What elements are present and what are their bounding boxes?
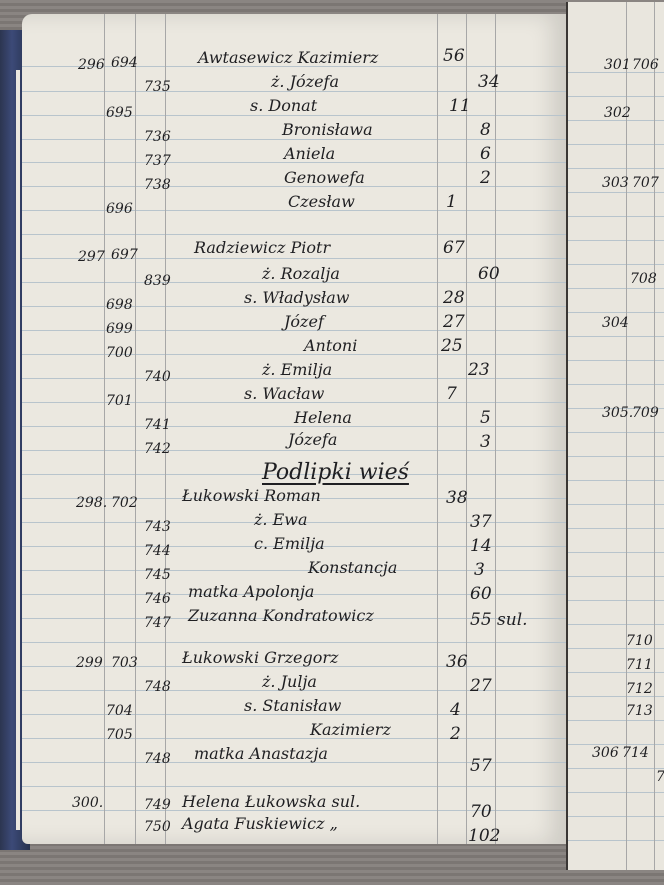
person-number: 743 bbox=[144, 520, 171, 534]
age-female: 14 bbox=[470, 538, 492, 555]
person-number: 744 bbox=[144, 544, 171, 558]
ruled-line bbox=[568, 168, 664, 169]
person-name: s. Wacław bbox=[244, 386, 324, 402]
ruled-line bbox=[568, 336, 664, 337]
person-number: 736 bbox=[144, 130, 171, 144]
house-number: 696 bbox=[106, 202, 133, 216]
age-male: 4 bbox=[450, 702, 461, 719]
house-number: 701 bbox=[106, 394, 133, 408]
person-name: ż. Józefa bbox=[271, 74, 339, 90]
ruled-line bbox=[568, 288, 664, 289]
column-divider bbox=[104, 14, 105, 844]
age-male: 1 bbox=[446, 194, 457, 211]
age-male: 67 bbox=[443, 240, 465, 257]
house-number: 74 bbox=[656, 770, 664, 784]
ruled-line bbox=[568, 624, 664, 625]
person-number: 738 bbox=[144, 178, 171, 192]
person-name: Józef bbox=[284, 314, 324, 330]
house-number: 698 bbox=[106, 298, 133, 312]
person-name: Genowefa bbox=[284, 170, 365, 186]
ruled-line bbox=[568, 816, 664, 817]
age-male: 27 bbox=[443, 314, 465, 331]
house-number: 711 bbox=[626, 658, 653, 672]
household-number: 306 bbox=[592, 746, 619, 760]
age-female: 5 bbox=[480, 410, 491, 427]
household-number: 302 bbox=[604, 106, 631, 120]
person-number: 750 bbox=[144, 820, 171, 834]
household-number: 299 bbox=[76, 656, 103, 670]
person-name: s. Donat bbox=[250, 98, 317, 114]
person-number: 741 bbox=[144, 418, 171, 432]
ruled-line bbox=[568, 840, 664, 841]
house-number: 700 bbox=[106, 346, 133, 360]
household-number: 297 bbox=[78, 250, 105, 264]
right-page: 301 706 302 303 707 708 304 305. 709 710… bbox=[566, 2, 664, 870]
ruled-line bbox=[568, 792, 664, 793]
person-name: Kazimierz bbox=[310, 722, 391, 738]
ruled-line bbox=[568, 600, 664, 601]
person-name: Aniela bbox=[284, 146, 335, 162]
column-divider bbox=[626, 2, 627, 870]
household-number: 304 bbox=[602, 316, 629, 330]
ruled-line bbox=[568, 576, 664, 577]
household-number: 298. bbox=[76, 496, 107, 510]
age-female: 37 bbox=[470, 514, 492, 531]
age-female: 55 sul. bbox=[470, 612, 528, 629]
ruled-line bbox=[568, 264, 664, 265]
house-number: 712 bbox=[626, 682, 653, 696]
person-number: 735 bbox=[144, 80, 171, 94]
age-female: 23 bbox=[468, 362, 490, 379]
household-number: 301 bbox=[604, 58, 631, 72]
person-name: Helena Łukowska sul. bbox=[182, 794, 360, 810]
ruled-line bbox=[568, 432, 664, 433]
person-number: 747 bbox=[144, 616, 171, 630]
person-name: Czesław bbox=[288, 194, 355, 210]
age-female: 27 bbox=[470, 678, 492, 695]
column-divider bbox=[654, 2, 655, 870]
person-number: 737 bbox=[144, 154, 171, 168]
ruled-line bbox=[568, 768, 664, 769]
column-divider bbox=[135, 14, 136, 844]
person-name: Zuzanna Kondratowicz bbox=[188, 608, 374, 624]
section-heading: Podlipki wieś bbox=[262, 462, 409, 484]
person-name: c. Emilja bbox=[254, 536, 325, 552]
age-female: 60 bbox=[478, 266, 500, 283]
column-divider bbox=[437, 14, 438, 844]
column-divider bbox=[466, 14, 467, 844]
person-number: 749 bbox=[144, 798, 171, 812]
person-name: Radziewicz Piotr bbox=[194, 240, 330, 256]
person-name: Awtasewicz Kazimierz bbox=[198, 50, 378, 66]
house-number: 714 bbox=[622, 746, 649, 760]
person-number: 740 bbox=[144, 370, 171, 384]
age-male: 38 bbox=[446, 490, 468, 507]
house-number: 699 bbox=[106, 322, 133, 336]
person-name: Józefa bbox=[288, 432, 337, 448]
ruled-line bbox=[568, 360, 664, 361]
age-female: 60 bbox=[470, 586, 492, 603]
ruled-line bbox=[568, 456, 664, 457]
person-number: 748 bbox=[144, 680, 171, 694]
person-name: Bronisława bbox=[282, 122, 373, 138]
person-name: Helena bbox=[294, 410, 352, 426]
person-name: ż. Julja bbox=[262, 674, 317, 690]
household-number: 305. bbox=[602, 406, 633, 420]
person-name: matka Anastazja bbox=[194, 746, 328, 762]
house-number: 709 bbox=[632, 406, 659, 420]
person-number: 839 bbox=[144, 274, 171, 288]
ruled-line bbox=[568, 384, 664, 385]
ruled-line bbox=[568, 528, 664, 529]
age-female: 2 bbox=[480, 170, 491, 187]
age-male: 56 bbox=[443, 48, 465, 65]
person-name: Łukowski Grzegorz bbox=[182, 650, 338, 666]
house-number: 706 bbox=[632, 58, 659, 72]
ruled-line bbox=[568, 96, 664, 97]
ruled-line bbox=[568, 480, 664, 481]
age-female: 3 bbox=[474, 562, 485, 579]
ruled-line bbox=[568, 552, 664, 553]
age-male: 2 bbox=[450, 726, 461, 743]
person-name: matka Apolonja bbox=[188, 584, 314, 600]
person-name: Antoni bbox=[304, 338, 357, 354]
age-male: 25 bbox=[441, 338, 463, 355]
person-name: Konstancja bbox=[308, 560, 397, 576]
ruled-line bbox=[568, 504, 664, 505]
book-page-edge bbox=[16, 70, 20, 830]
house-number: 704 bbox=[106, 704, 133, 718]
ruled-line bbox=[568, 216, 664, 217]
ruled-line bbox=[568, 144, 664, 145]
person-name: s. Stanisław bbox=[244, 698, 341, 714]
house-number: 713 bbox=[626, 704, 653, 718]
household-number: 296 bbox=[78, 58, 105, 72]
age-male: 36 bbox=[446, 654, 468, 671]
age-male: 28 bbox=[443, 290, 465, 307]
house-number: 708 bbox=[630, 272, 657, 286]
person-name: ż. Rozalja bbox=[262, 266, 340, 282]
age-female: 8 bbox=[480, 122, 491, 139]
column-divider bbox=[495, 14, 496, 844]
age-female: 3 bbox=[480, 434, 491, 451]
age-male: 11 bbox=[449, 98, 471, 115]
age-female: 57 bbox=[470, 758, 492, 775]
house-number: 702 bbox=[111, 496, 138, 510]
ruled-line bbox=[568, 192, 664, 193]
house-number: 705 bbox=[106, 728, 133, 742]
age-female: 6 bbox=[480, 146, 491, 163]
house-number: 707 bbox=[632, 176, 659, 190]
person-number: 748 bbox=[144, 752, 171, 766]
person-name: Łukowski Roman bbox=[182, 488, 321, 504]
person-number: 742 bbox=[144, 442, 171, 456]
household-number: 300. bbox=[72, 796, 103, 810]
house-number: 703 bbox=[111, 656, 138, 670]
ruled-line bbox=[568, 720, 664, 721]
ruled-line bbox=[568, 312, 664, 313]
person-name: ż. Ewa bbox=[254, 512, 308, 528]
ruled-line bbox=[568, 240, 664, 241]
age-male: 7 bbox=[446, 386, 457, 403]
person-name: Agata Fuskiewicz „ bbox=[182, 816, 338, 832]
house-number: 694 bbox=[111, 56, 138, 70]
person-name: ż. Emilja bbox=[262, 362, 332, 378]
age-female: 70 bbox=[470, 804, 492, 821]
person-name: s. Władysław bbox=[244, 290, 349, 306]
person-number: 746 bbox=[144, 592, 171, 606]
household-number: 303 bbox=[602, 176, 629, 190]
person-number: 745 bbox=[144, 568, 171, 582]
age-female: 34 bbox=[478, 74, 500, 91]
house-number: 697 bbox=[111, 248, 138, 262]
house-number: 710 bbox=[626, 634, 653, 648]
left-page: 296 694 Awtasewicz Kazimierz 56 735 ż. J… bbox=[22, 14, 570, 844]
house-number: 695 bbox=[106, 106, 133, 120]
age-female: 102 bbox=[468, 828, 500, 844]
